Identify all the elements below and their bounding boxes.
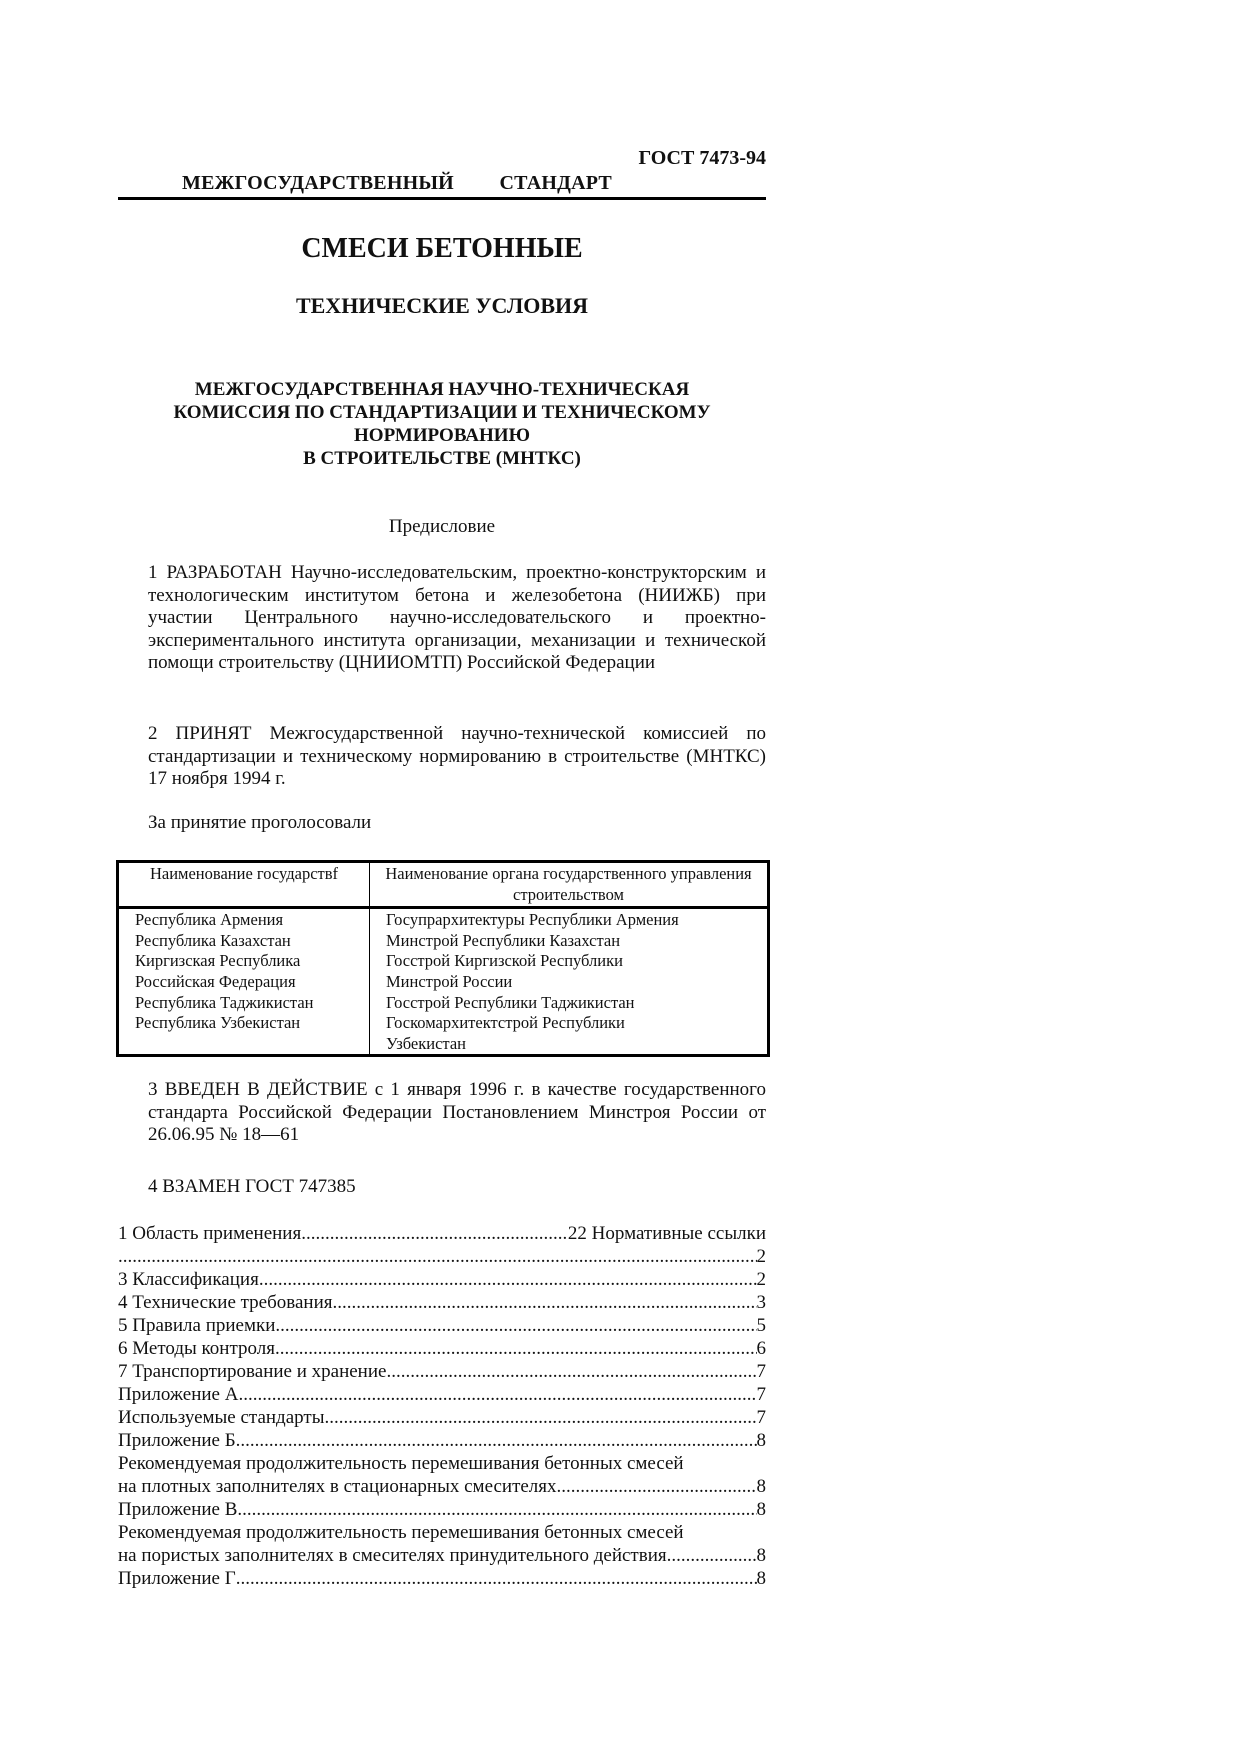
toc-leader-dots xyxy=(333,1291,757,1314)
toc-label: 4 Технические требования xyxy=(118,1291,333,1314)
authority-name: Госкомархитектстрой Республики xyxy=(386,1013,761,1034)
toc-page-number: 8 xyxy=(757,1498,767,1521)
preface-item-3: 3 ВВЕДЕН В ДЕЙСТВИЕ с 1 января 1996 г. в… xyxy=(148,1079,766,1147)
toc-entry[interactable]: на пористых заполнителях в смесителях пр… xyxy=(118,1544,766,1567)
table-header-row: Наименование государствf Наименование ор… xyxy=(118,862,769,908)
toc-label: Используемые стандарты xyxy=(118,1406,324,1429)
state-name: Республика Армения xyxy=(135,910,363,931)
toc-label: Приложение А xyxy=(118,1383,238,1406)
toc-label: 7 Транспортирование и хранение xyxy=(118,1360,386,1383)
column-header-authority: Наименование органа государственного упр… xyxy=(370,862,769,908)
toc-page-number: 8 xyxy=(757,1567,767,1590)
authority-name: Госупрархитектуры Республики Армения xyxy=(386,910,761,931)
commission-line: МЕЖГОСУДАРСТВЕННАЯ НАУЧНО-ТЕХНИЧЕСКАЯ xyxy=(118,378,766,401)
state-name: Республика Казахстан xyxy=(135,931,363,952)
preface-item-4: 4 ВЗАМЕН ГОСТ 747385 xyxy=(148,1176,356,1198)
toc-leader-dots xyxy=(386,1360,756,1383)
state-cell: Республика Армения Республика Казахстан … xyxy=(118,908,370,1056)
toc-leader-dots xyxy=(259,1268,757,1291)
toc-entry[interactable]: на плотных заполнителях в стационарных с… xyxy=(118,1475,766,1498)
toc-label: 3 Классификация xyxy=(118,1268,259,1291)
toc-entry[interactable]: Приложение А7 xyxy=(118,1383,766,1406)
toc-label: Приложение Г xyxy=(118,1567,236,1590)
toc-page-number: 5 xyxy=(757,1314,767,1337)
document-page: ГОСТ 7473-94 МЕЖГОСУДАРСТВЕННЫЙ СТАНДАРТ… xyxy=(0,0,1240,1753)
column-header-state: Наименование государствf xyxy=(118,862,370,908)
states-table: Наименование государствf Наименование ор… xyxy=(116,860,770,1057)
toc-leader-dots xyxy=(238,1383,756,1406)
toc-leader-dots xyxy=(237,1498,756,1521)
header-rule xyxy=(118,197,766,200)
state-name: Киргизская Республика xyxy=(135,951,363,972)
toc-page-number: 2 xyxy=(757,1245,767,1268)
standard-kind: МЕЖГОСУДАРСТВЕННЫЙ СТАНДАРТ xyxy=(118,172,766,195)
toc-leader-dots xyxy=(324,1406,756,1429)
authority-name: Госстрой Киргизской Республики xyxy=(386,951,761,972)
state-name xyxy=(135,1034,363,1055)
authority-cell: Госупрархитектуры Республики Армения Мин… xyxy=(370,908,769,1056)
gost-code: ГОСТ 7473-94 xyxy=(118,147,766,170)
document-subtitle: ТЕХНИЧЕСКИЕ УСЛОВИЯ xyxy=(118,293,766,319)
toc-leader-dots xyxy=(301,1222,568,1245)
toc-entry[interactable]: 5 Правила приемки5 xyxy=(118,1314,766,1337)
toc-label: Приложение В xyxy=(118,1498,237,1521)
table-of-contents: 1 Область применения22 Нормативные ссылк… xyxy=(118,1222,766,1590)
state-name: Республика Узбекистан xyxy=(135,1013,363,1034)
commission-name: МЕЖГОСУДАРСТВЕННАЯ НАУЧНО-ТЕХНИЧЕСКАЯ КО… xyxy=(118,378,766,470)
toc-entry[interactable]: 4 Технические требования3 xyxy=(118,1291,766,1314)
toc-label: Приложение Б xyxy=(118,1429,236,1452)
toc-entry[interactable]: Приложение В8 xyxy=(118,1498,766,1521)
authority-name: Госстрой Республики Таджикистан xyxy=(386,993,761,1014)
state-name: Российская Федерация xyxy=(135,972,363,993)
toc-page-number: 8 xyxy=(757,1544,767,1567)
toc-page-number: 6 xyxy=(757,1337,767,1360)
commission-line: КОМИССИЯ ПО СТАНДАРТИЗАЦИИ И ТЕХНИЧЕСКОМ… xyxy=(118,401,766,424)
toc-label: 6 Методы контроля xyxy=(118,1337,275,1360)
toc-leader-dots xyxy=(667,1544,757,1567)
commission-line: В СТРОИТЕЛЬСТВЕ (МНТКС) xyxy=(118,447,766,470)
toc-entry[interactable]: Рекомендуемая продолжительность перемеши… xyxy=(118,1521,766,1544)
toc-page-number: 7 xyxy=(757,1406,767,1429)
toc-leader-dots xyxy=(275,1337,757,1360)
toc-page-number: 22 Нормативные ссылки xyxy=(568,1222,766,1245)
toc-page-number: 7 xyxy=(757,1360,767,1383)
table-row: Республика Армения Республика Казахстан … xyxy=(118,908,769,1056)
toc-page-number: 8 xyxy=(757,1475,767,1498)
preface-item-2: 2 ПРИНЯТ Межгосударственной научно-техни… xyxy=(148,723,766,791)
authority-name: Узбекистан xyxy=(386,1034,761,1055)
toc-page-number: 8 xyxy=(757,1429,767,1452)
commission-line: НОРМИРОВАНИЮ xyxy=(118,424,766,447)
state-name: Республика Таджикистан xyxy=(135,993,363,1014)
authority-name: Минстрой Республики Казахстан xyxy=(386,931,761,952)
authority-name: Минстрой России xyxy=(386,972,761,993)
toc-label: 1 Область применения xyxy=(118,1222,301,1245)
preface-item-1: 1 РАЗРАБОТАН Научно-исследовательским, п… xyxy=(148,562,766,675)
preface-heading: Предисловие xyxy=(118,516,766,538)
toc-label: на плотных заполнителях в стационарных с… xyxy=(118,1475,557,1498)
toc-page-number: 3 xyxy=(757,1291,767,1314)
toc-leader-dots xyxy=(557,1475,757,1498)
toc-leader-dots xyxy=(236,1567,757,1590)
toc-leader-dots xyxy=(275,1314,756,1337)
toc-entry[interactable]: 6 Методы контроля6 xyxy=(118,1337,766,1360)
toc-entry[interactable]: 2 xyxy=(118,1245,766,1268)
voted-label: За принятие проголосовали xyxy=(148,812,371,834)
document-title: СМЕСИ БЕТОННЫЕ xyxy=(118,233,766,265)
toc-leader-dots xyxy=(236,1429,757,1452)
toc-entry[interactable]: 7 Транспортирование и хранение7 xyxy=(118,1360,766,1383)
toc-entry[interactable]: Приложение Б8 xyxy=(118,1429,766,1452)
toc-entry[interactable]: Приложение Г8 xyxy=(118,1567,766,1590)
toc-entry[interactable]: 1 Область применения22 Нормативные ссылк… xyxy=(118,1222,766,1245)
toc-entry[interactable]: Используемые стандарты7 xyxy=(118,1406,766,1429)
toc-page-number: 2 xyxy=(757,1268,767,1291)
toc-entry[interactable]: Рекомендуемая продолжительность перемеши… xyxy=(118,1452,766,1475)
toc-leader-dots xyxy=(118,1245,757,1268)
toc-label: 5 Правила приемки xyxy=(118,1314,275,1337)
toc-page-number: 7 xyxy=(757,1383,767,1406)
toc-entry[interactable]: 3 Классификация2 xyxy=(118,1268,766,1291)
toc-label: на пористых заполнителях в смесителях пр… xyxy=(118,1544,667,1567)
